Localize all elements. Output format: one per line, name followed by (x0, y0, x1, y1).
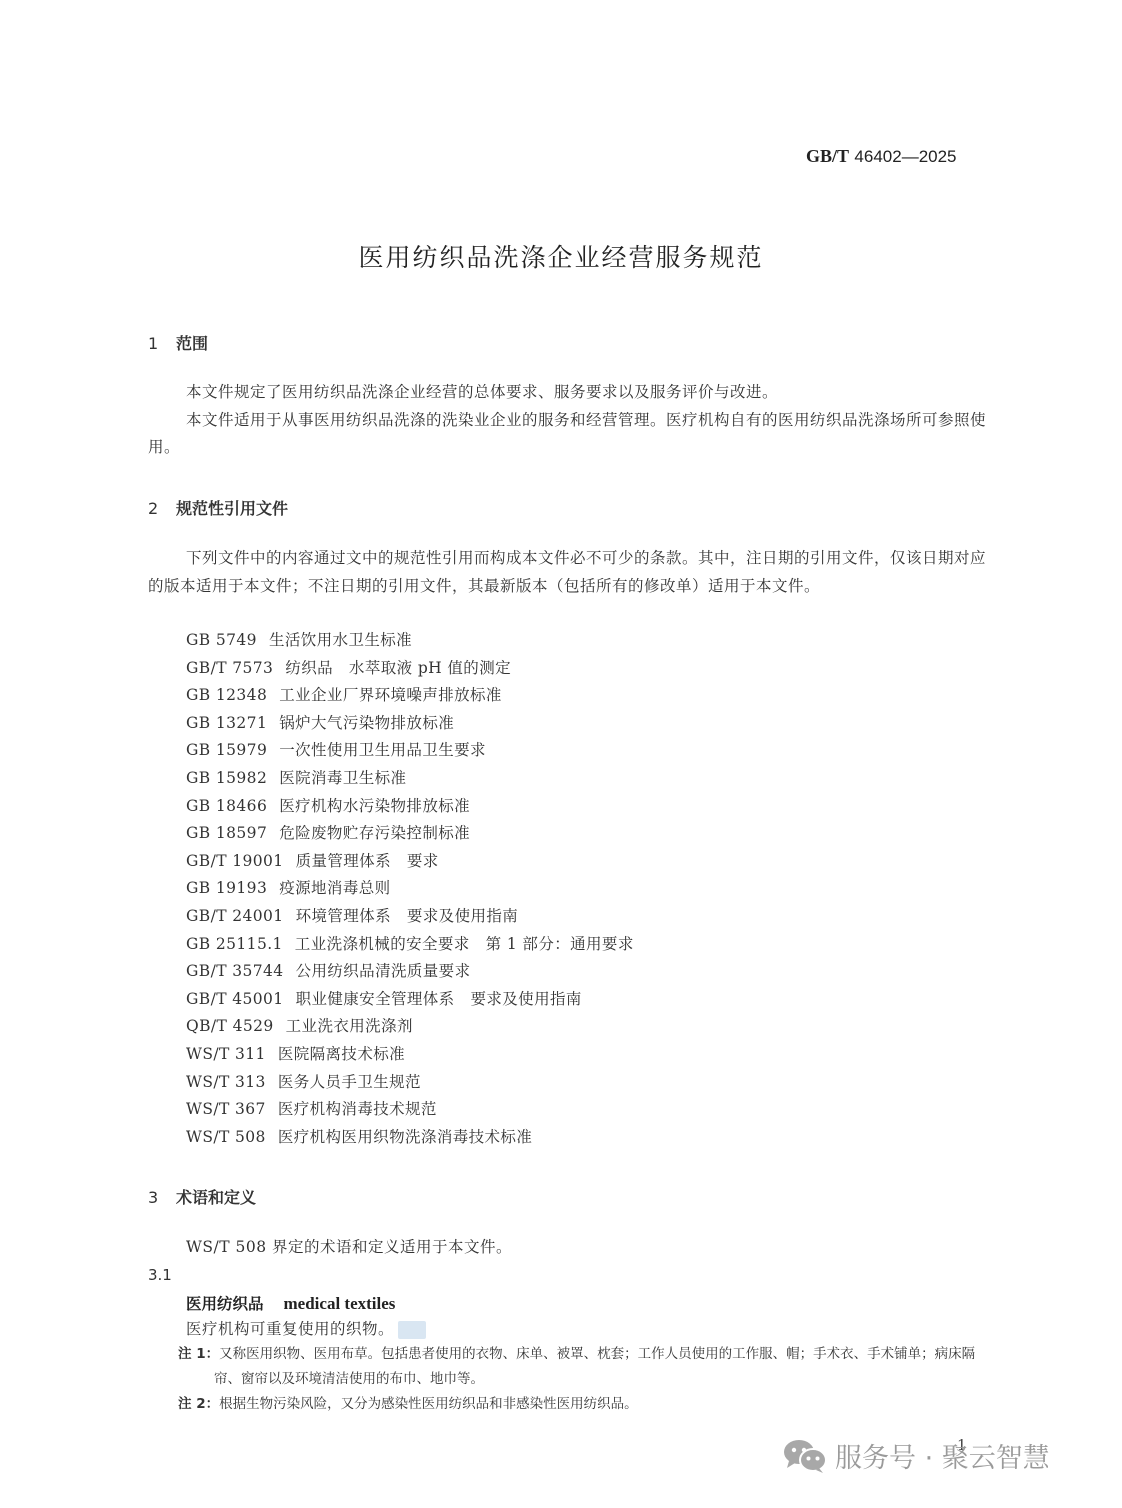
term-number: 3.1 (148, 1266, 172, 1284)
reference-item: GB 5749生活饮用水卫生标准 (186, 627, 634, 655)
watermark: 服务号 · 聚云智慧 (783, 1436, 1050, 1475)
document-title: 医用纺织品洗涤企业经营服务规范 (0, 238, 1122, 274)
reference-title: 生活饮用水卫生标准 (269, 631, 412, 649)
section-title: 范围 (176, 334, 208, 353)
reference-item: GB 12348工业企业厂界环境噪声排放标准 (186, 682, 634, 710)
reference-title: 纺织品 水萃取液 pH 值的测定 (285, 659, 511, 677)
reference-item: GB 25115.1工业洗涤机械的安全要求 第 1 部分：通用要求 (186, 931, 634, 959)
standard-code: 46402—2025 (854, 147, 956, 166)
reference-item: GB/T 45001职业健康安全管理体系 要求及使用指南 (186, 986, 634, 1014)
wechat-icon (783, 1439, 827, 1473)
reference-item: WS/T 367医疗机构消毒技术规范 (186, 1096, 634, 1124)
reference-title: 医疗机构医用织物洗涤消毒技术标准 (278, 1128, 532, 1146)
term-definition-line: 医疗机构可重复使用的织物。 (186, 1316, 426, 1344)
section-1-body: 本文件规定了医用纺织品洗涤企业经营的总体要求、服务要求以及服务评价与改进。 本文… (148, 379, 988, 462)
reference-code: GB 18597 (186, 820, 267, 848)
reference-code: GB/T 45001 (186, 986, 284, 1014)
normative-reference-list: GB 5749生活饮用水卫生标准 GB/T 7573纺织品 水萃取液 pH 值的… (186, 627, 634, 1151)
note-1: 注 1：又称医用织物、医用布草。包括患者使用的衣物、床单、被罩、枕套；工作人员使… (178, 1342, 998, 1392)
section-2-heading: 2规范性引用文件 (148, 496, 288, 519)
term-chinese: 医用纺织品 (186, 1295, 264, 1313)
standard-number: GB/T 46402—2025 (806, 146, 957, 167)
paragraph: 本文件适用于从事医用纺织品洗涤的洗染业企业的服务和经营管理。医疗机构自有的医用纺… (148, 407, 988, 462)
reference-item: GB 13271锅炉大气污染物排放标准 (186, 710, 634, 738)
paragraph: 本文件规定了医用纺织品洗涤企业经营的总体要求、服务要求以及服务评价与改进。 (148, 379, 988, 407)
reference-title: 医务人员手卫生规范 (278, 1073, 421, 1091)
reference-item: GB/T 35744公用纺织品清洗质量要求 (186, 958, 634, 986)
reference-code: GB 13271 (186, 710, 267, 738)
reference-title: 工业企业厂界环境噪声排放标准 (279, 686, 502, 704)
reference-code: QB/T 4529 (186, 1013, 274, 1041)
reference-title: 医疗机构水污染物排放标准 (279, 797, 470, 815)
reference-item: WS/T 313医务人员手卫生规范 (186, 1069, 634, 1097)
reference-title: 危险废物贮存污染控制标准 (279, 824, 470, 842)
section-3-intro: WS/T 508 界定的术语和定义适用于本文件。 (186, 1234, 512, 1262)
reference-item: GB/T 24001环境管理体系 要求及使用指南 (186, 903, 634, 931)
reference-title: 锅炉大气污染物排放标准 (279, 714, 454, 732)
note-label: 注 1： (178, 1346, 219, 1362)
section-number: 3 (148, 1188, 176, 1207)
section-1-heading: 1范围 (148, 331, 208, 354)
reference-title: 职业健康安全管理体系 要求及使用指南 (296, 990, 582, 1008)
term-english: medical textiles (284, 1294, 396, 1313)
reference-code: WS/T 313 (186, 1069, 266, 1097)
section-number: 2 (148, 499, 176, 518)
section-number: 1 (148, 334, 176, 353)
reference-code: GB 15979 (186, 737, 267, 765)
reference-title: 工业洗涤机械的安全要求 第 1 部分：通用要求 (295, 935, 634, 953)
reference-title: 质量管理体系 要求 (296, 852, 439, 870)
reference-item: WS/T 508医疗机构医用织物洗涤消毒技术标准 (186, 1124, 634, 1152)
reference-title: 医院隔离技术标准 (278, 1045, 405, 1063)
reference-title: 一次性使用卫生用品卫生要求 (279, 741, 486, 759)
section-3-heading: 3术语和定义 (148, 1185, 256, 1208)
reference-code: WS/T 367 (186, 1096, 266, 1124)
reference-code: GB 15982 (186, 765, 267, 793)
reference-code: WS/T 508 (186, 1124, 266, 1152)
stamp-icon (398, 1321, 426, 1339)
watermark-text: 服务号 · 聚云智慧 (835, 1436, 1050, 1475)
reference-code: GB 25115.1 (186, 931, 283, 959)
reference-item: GB 18466医疗机构水污染物排放标准 (186, 793, 634, 821)
term-definition: 医疗机构可重复使用的织物。 (186, 1320, 394, 1338)
reference-code: GB 19193 (186, 875, 267, 903)
reference-title: 医院消毒卫生标准 (279, 769, 406, 787)
note-2: 注 2：根据生物污染风险，又分为感染性医用纺织品和非感染性医用纺织品。 (178, 1392, 998, 1417)
term-heading: 医用纺织品medical textiles (186, 1292, 395, 1314)
reference-code: GB/T 19001 (186, 848, 284, 876)
reference-code: WS/T 311 (186, 1041, 266, 1069)
reference-item: QB/T 4529工业洗衣用洗涤剂 (186, 1013, 634, 1041)
paragraph: 下列文件中的内容通过文中的规范性引用而构成本文件必不可少的条款。其中，注日期的引… (148, 545, 988, 600)
reference-title: 医疗机构消毒技术规范 (278, 1100, 437, 1118)
section-2-body: 下列文件中的内容通过文中的规范性引用而构成本文件必不可少的条款。其中，注日期的引… (148, 545, 988, 600)
note-text: 又称医用织物、医用布草。包括患者使用的衣物、床单、被罩、枕套；工作人员使用的工作… (214, 1346, 975, 1387)
reference-item: GB 18597危险废物贮存污染控制标准 (186, 820, 634, 848)
reference-title: 疫源地消毒总则 (279, 879, 390, 897)
reference-item: GB 15979一次性使用卫生用品卫生要求 (186, 737, 634, 765)
reference-item: GB 15982医院消毒卫生标准 (186, 765, 634, 793)
reference-item: GB/T 19001质量管理体系 要求 (186, 848, 634, 876)
reference-code: GB 5749 (186, 627, 257, 655)
note-text: 根据生物污染风险，又分为感染性医用纺织品和非感染性医用纺织品。 (219, 1396, 638, 1412)
reference-code: GB 18466 (186, 793, 267, 821)
note-label: 注 2： (178, 1396, 219, 1412)
standard-prefix: GB/T (806, 146, 849, 166)
section-title: 规范性引用文件 (176, 499, 288, 518)
section-title: 术语和定义 (176, 1188, 256, 1207)
reference-item: WS/T 311医院隔离技术标准 (186, 1041, 634, 1069)
reference-code: GB/T 35744 (186, 958, 284, 986)
reference-title: 公用纺织品清洗质量要求 (296, 962, 471, 980)
reference-item: GB/T 7573纺织品 水萃取液 pH 值的测定 (186, 655, 634, 683)
reference-code: GB/T 24001 (186, 903, 284, 931)
reference-item: GB 19193疫源地消毒总则 (186, 875, 634, 903)
reference-title: 环境管理体系 要求及使用指南 (296, 907, 519, 925)
term-notes: 注 1：又称医用织物、医用布草。包括患者使用的衣物、床单、被罩、枕套；工作人员使… (178, 1342, 998, 1417)
reference-code: GB/T 7573 (186, 655, 273, 683)
reference-code: GB 12348 (186, 682, 267, 710)
reference-title: 工业洗衣用洗涤剂 (286, 1017, 413, 1035)
